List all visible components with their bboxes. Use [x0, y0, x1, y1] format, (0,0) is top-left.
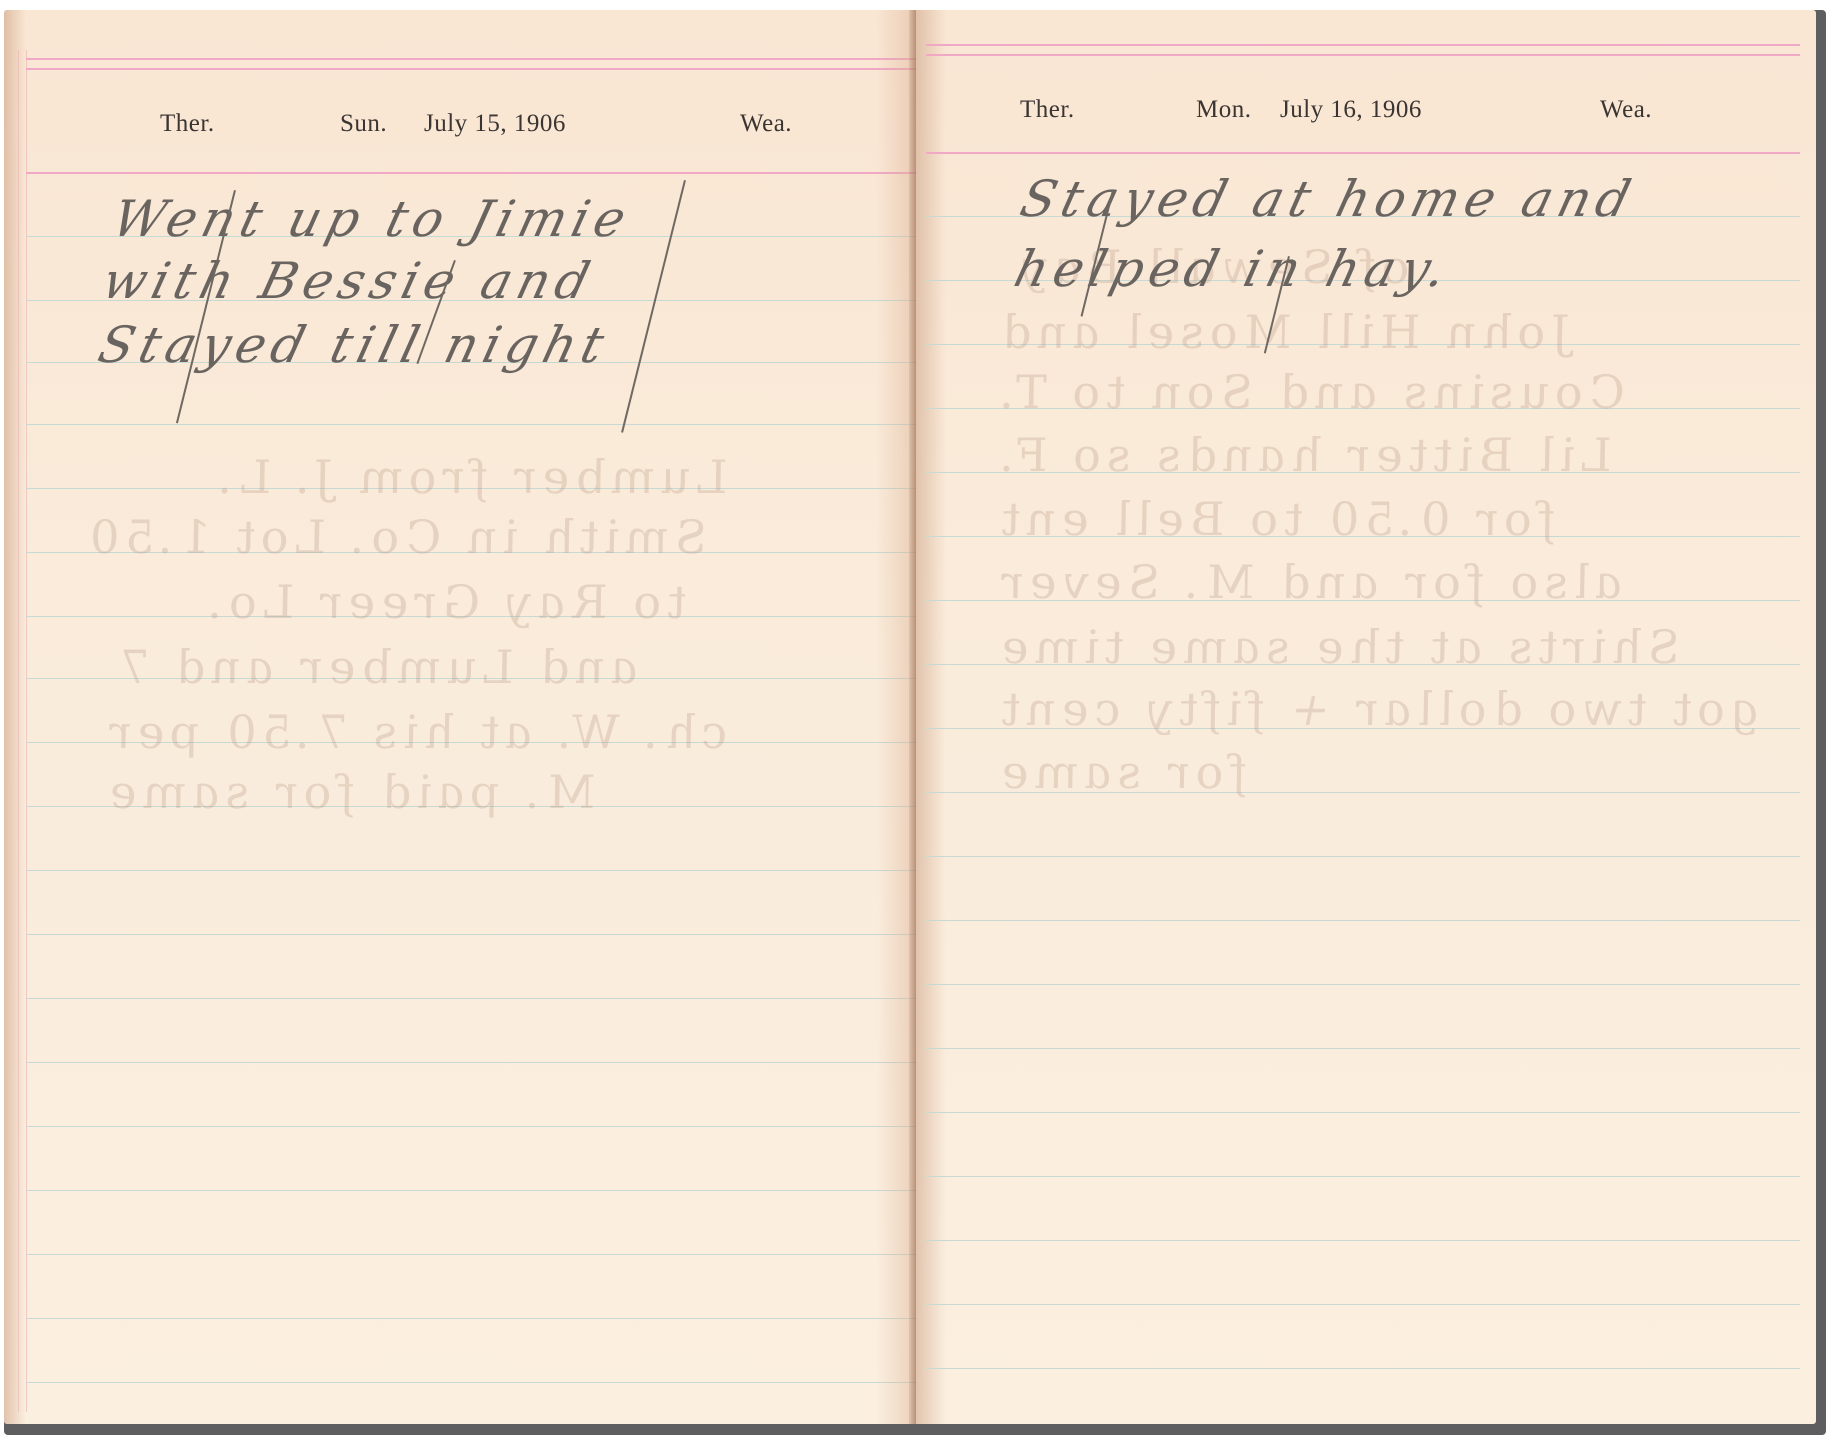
bleed-through-text: Cousins and Son to T. [990, 365, 1630, 419]
bleed-through-text: John Hill Mosel and [990, 305, 1576, 359]
ruled-line [26, 998, 916, 999]
top-red-rule [26, 58, 916, 60]
ruled-line [26, 1254, 916, 1255]
bleed-through-text: Lil Bitter hands so F. [990, 428, 1617, 482]
weather-label: Wea. [1600, 96, 1652, 124]
day-label: Sun. [340, 110, 387, 138]
bleed-through-text: Smith in Co. Lot 1.50 [78, 510, 712, 564]
header-red-rule [26, 172, 916, 174]
bleed-through-text: M. paid for same [98, 765, 601, 819]
ruled-line [26, 870, 916, 871]
diary-entry-line: Stayed till night [93, 316, 616, 374]
ruled-line [926, 1112, 1800, 1113]
ruled-line [926, 1304, 1800, 1305]
bleed-through-text: and Lumber and 7 [108, 640, 644, 694]
date-label: July 15, 1906 [424, 110, 566, 138]
weather-label: Wea. [740, 110, 792, 138]
ruled-line [26, 1126, 916, 1127]
ruled-line [926, 1048, 1800, 1049]
thermometer-label: Ther. [1020, 96, 1075, 124]
book-cover-edge: Lumber from J. L. Smith in Co. Lot 1.50 … [4, 10, 1826, 1435]
right-page: of Sewall Bay John Hill Mosel and Cousin… [916, 10, 1816, 1424]
thermometer-label: Ther. [160, 110, 215, 138]
diary-entry-line: helped in hay. [1009, 240, 1458, 298]
bleed-through-text: ch. W. at his 7.50 per [98, 705, 733, 759]
bleed-through-text: to Ray Greer Lo. [198, 575, 692, 629]
scanned-diary-spread: Lumber from J. L. Smith in Co. Lot 1.50 … [0, 0, 1834, 1443]
ruled-line [926, 1368, 1800, 1369]
date-label: July 16, 1906 [1280, 96, 1422, 124]
left-margin-line-2 [26, 50, 27, 1412]
ruled-line [926, 1176, 1800, 1177]
ruled-line [26, 1318, 916, 1319]
bleed-through-text: Lumber from J. L. [208, 450, 733, 504]
header-red-rule [926, 152, 1800, 154]
ruled-line [926, 984, 1800, 985]
diary-entry-line: with Bessie and [97, 252, 602, 310]
ruled-line [26, 934, 916, 935]
ruled-line [926, 920, 1800, 921]
ruled-line [926, 856, 1800, 857]
ruled-line [26, 1190, 916, 1191]
left-margin-line [18, 50, 19, 1412]
ruled-line [26, 1382, 916, 1383]
ruled-line [926, 1240, 1800, 1241]
ruled-line [26, 424, 916, 425]
bleed-through-text: for same [990, 745, 1253, 799]
left-page: Lumber from J. L. Smith in Co. Lot 1.50 … [4, 10, 916, 1424]
pen-descender [621, 180, 686, 433]
ruled-line [26, 1062, 916, 1063]
top-red-rule-2 [26, 68, 916, 70]
bleed-through-text: got two dollar + fifty cent [990, 682, 1767, 736]
top-red-rule-2 [926, 54, 1800, 56]
top-red-rule [926, 44, 1800, 46]
bleed-through-text: also for and M. Sever [990, 555, 1628, 609]
day-label: Mon. [1196, 96, 1251, 124]
bleed-through-text: for 0.50 to Bell ent [990, 492, 1561, 546]
bleed-through-text: Shirts at the same time [990, 620, 1685, 674]
diary-entry-line: Went up to Jimie [107, 190, 638, 248]
